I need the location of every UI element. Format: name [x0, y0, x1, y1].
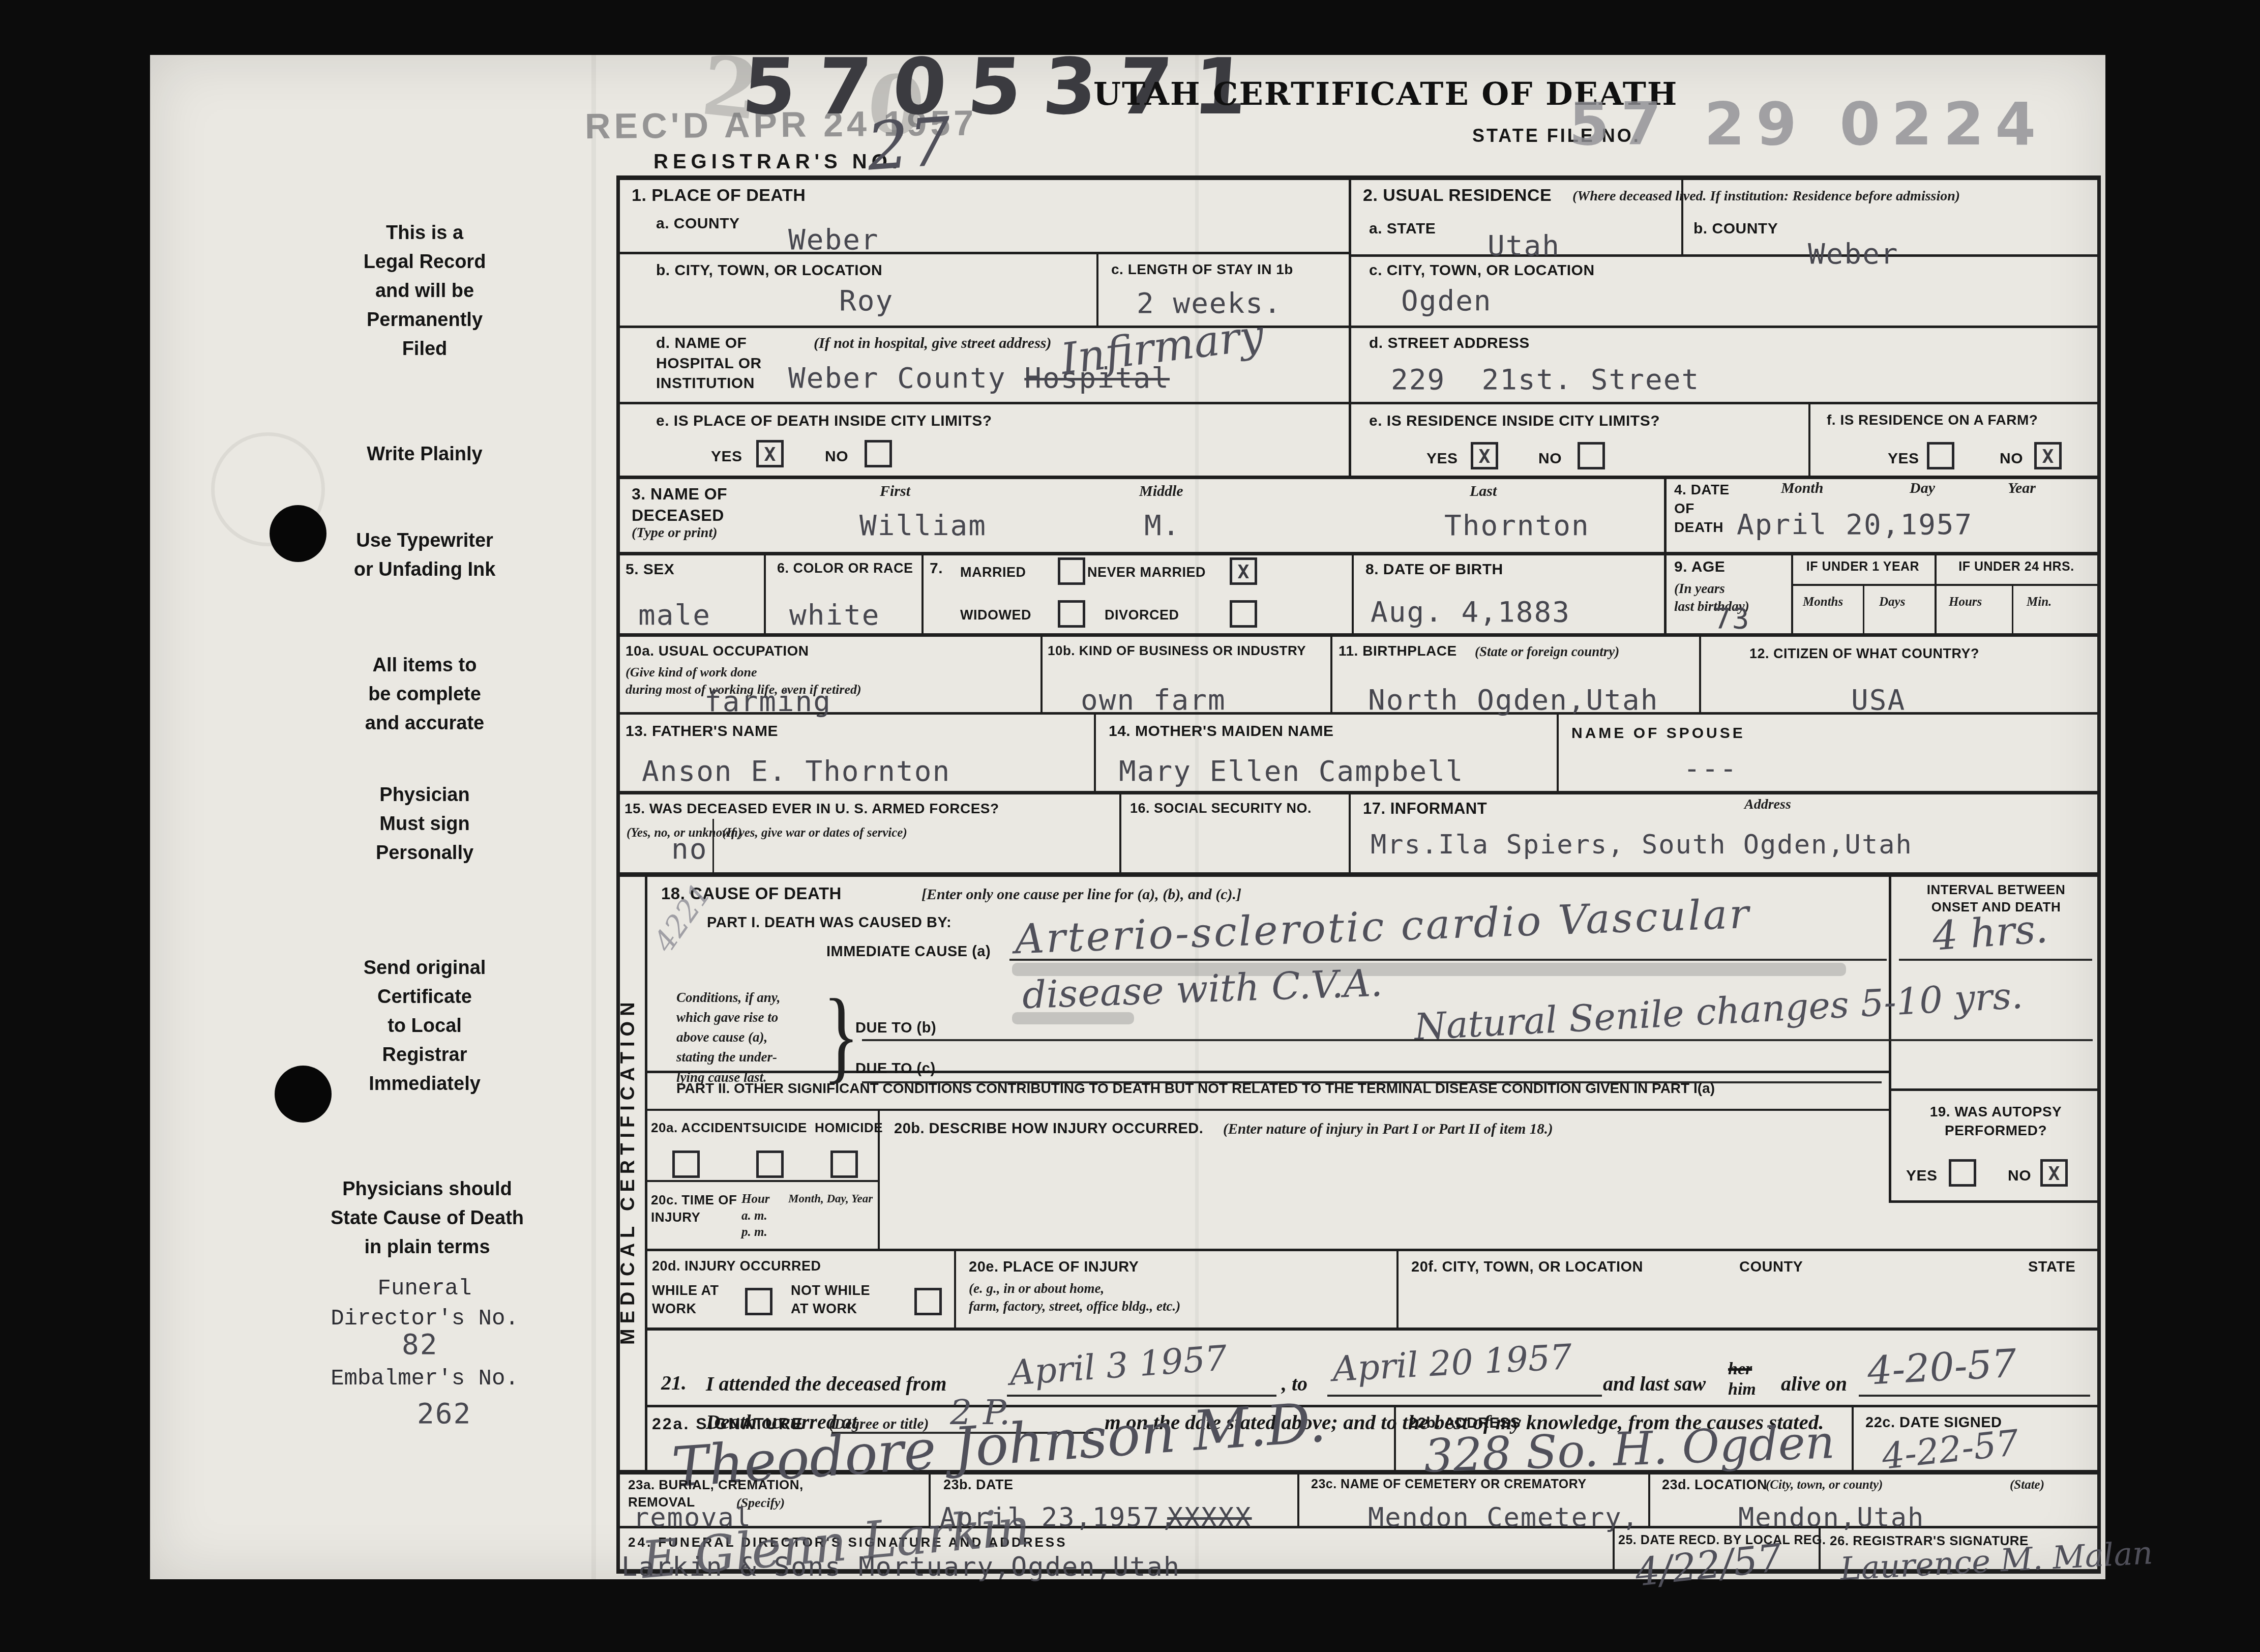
part-1-label: PART I. DEATH WAS CAUSED BY:: [707, 913, 951, 932]
residence-city-limits-label: e. IS RESIDENCE INSIDE CITY LIMITS?: [1369, 411, 1660, 431]
inside-city-limits-label: e. IS PLACE OF DEATH INSIDE CITY LIMITS?: [656, 411, 992, 431]
divider: [1396, 1249, 1399, 1327]
cemetery-location-value: Mendon,Utah: [1738, 1503, 1924, 1533]
fathers-name-value: Anson E. Thornton: [642, 755, 950, 788]
street-address-label: d. STREET ADDRESS: [1369, 333, 1530, 353]
checkbox-accident: [672, 1150, 700, 1178]
time-of-injury-label: 20c. TIME OF INJURY: [651, 1191, 737, 1226]
divider: [616, 552, 2101, 555]
attended-number: 21.: [661, 1371, 687, 1395]
margin-note-plain-terms: Physicians should State Cause of Death i…: [229, 1175, 626, 1262]
interval-handwriting: 4 hrs.: [1931, 909, 2049, 957]
state-label: a. STATE: [1369, 219, 1436, 239]
divider: [1297, 1470, 1299, 1526]
date-of-death-value: April 20,1957: [1737, 509, 1973, 541]
checkbox-place-city-limits-no: [865, 440, 892, 467]
while-at-work-label: WHILE AT WORK: [652, 1282, 719, 1318]
divider: [616, 402, 2101, 404]
describe-injury-hint: (Enter nature of injury in Part I or Par…: [1223, 1120, 1553, 1139]
him-word: him: [1728, 1379, 1756, 1400]
date-of-birth-label: 8. DATE OF BIRTH: [1365, 559, 1503, 580]
write-line: [1899, 959, 2092, 961]
birthplace-value: North Ogden,Utah: [1368, 684, 1658, 717]
divider: [616, 633, 2101, 637]
checkbox-homicide: [830, 1150, 858, 1178]
checkbox-residence-farm-yes: [1927, 442, 1954, 469]
street-address-value: 229 21st. Street: [1391, 364, 1700, 396]
cause-of-death-hint: [Enter only one cause per line for (a), …: [921, 884, 1241, 904]
alive-on-text: alive on: [1781, 1372, 1847, 1396]
date-of-birth-value: Aug. 4,1883: [1371, 596, 1570, 629]
sex-value: male: [638, 599, 711, 632]
yes-label: YES: [711, 447, 742, 467]
checkbox-widowed: [1058, 600, 1085, 628]
divider: [1791, 584, 2101, 586]
county-label: a. COUNTY: [656, 214, 740, 234]
divider: [616, 872, 2101, 877]
armed-forces-value: no: [671, 833, 707, 866]
mothers-maiden-name-label: 14. MOTHER'S MAIDEN NAME: [1109, 721, 1334, 742]
divider: [1889, 1088, 2101, 1091]
divider: [1808, 402, 1810, 476]
informant-label: 17. INFORMANT: [1363, 799, 1487, 819]
middle-name-header: Middle: [1139, 481, 1183, 501]
write-line: [1327, 1395, 1602, 1397]
cemetery-name-value: Mendon Cemetery,: [1368, 1503, 1639, 1533]
describe-injury-label: 20b. DESCRIBE HOW INJURY OCCURRED.: [894, 1119, 1203, 1138]
min-label: Min.: [2027, 594, 2051, 611]
hours-label: Hours: [1949, 594, 1982, 611]
immediate-cause-label: IMMEDIATE CAUSE (a): [826, 942, 991, 961]
state-file-no-value: 57 29 0224: [1569, 91, 2047, 159]
embalmer-no-label: Embalmer's No.: [257, 1364, 592, 1394]
time-of-injury-mdy-label: Month, Day, Year: [788, 1191, 873, 1206]
yes-label: YES: [1906, 1166, 1938, 1186]
funeral-director-no-label: Funeral Director's No.: [257, 1274, 592, 1335]
residence-city-value: Ogden: [1401, 285, 1492, 317]
autopsy-label: 19. WAS AUTOPSY PERFORMED?: [1898, 1103, 2094, 1140]
checkbox-never-married: X: [1230, 557, 1257, 585]
divider: [1040, 633, 1043, 712]
checkbox-while-at-work: [745, 1288, 772, 1315]
margin-note-use-typewriter: Use Typewriter or Unfading Ink: [257, 526, 592, 584]
divider: [645, 1180, 880, 1182]
age-label: 9. AGE: [1674, 557, 1725, 577]
margin-note-write-plainly: Write Plainly: [257, 440, 592, 469]
armed-forces-label: 15. WAS DECEASED EVER IN U. S. ARMED FOR…: [625, 800, 999, 818]
state-hint: (State): [2010, 1477, 2044, 1494]
write-line: [1859, 1395, 2090, 1397]
ink-smear: [1012, 1012, 1134, 1024]
checkbox-residence-city-limits-no: [1578, 442, 1605, 469]
mortuary-value: Larkin & Sons Mortuary,Ogden,Utah: [621, 1552, 1180, 1583]
cemetery-name-label: 23c. NAME OF CEMETERY OR CREMATORY: [1311, 1476, 1587, 1493]
brace-glyph: }: [823, 977, 859, 1095]
if-under-1-year-label: IF UNDER 1 YEAR: [1794, 558, 1931, 575]
usual-residence-label: 2. USUAL RESIDENCE: [1363, 184, 1552, 207]
never-married-label: NEVER MARRIED: [1087, 564, 1206, 582]
divider: [1094, 712, 1096, 791]
place-of-death-label: 1. PLACE OF DEATH: [632, 184, 806, 207]
armed-forces-hint2: (If yes, give war or dates of service): [722, 825, 907, 842]
divider: [1935, 552, 1937, 633]
conditions-note: Conditions, if any, which gave rise to a…: [676, 988, 781, 1087]
hospital-name-part1: Weber County: [788, 362, 1024, 395]
homicide-label: HOMICIDE: [815, 1119, 883, 1136]
yes-label: YES: [1888, 449, 1919, 469]
part-2-label: PART II. OTHER SIGNIFICANT CONDITIONS CO…: [676, 1079, 1715, 1098]
accident-label: 20a. ACCIDENT: [651, 1119, 752, 1136]
city-town-label: b. CITY, TOWN, OR LOCATION: [656, 260, 882, 281]
divider: [1863, 584, 1864, 633]
color-or-race-label: 6. COLOR OR RACE: [777, 559, 913, 578]
no-label: NO: [2000, 449, 2023, 469]
first-name-header: First: [880, 481, 910, 501]
divider: [1648, 1470, 1650, 1526]
month-header: Month: [1781, 478, 1823, 498]
divider: [1852, 1405, 1854, 1470]
suicide-label: SUICIDE: [752, 1119, 807, 1136]
divider: [1664, 552, 1667, 633]
mothers-maiden-name-value: Mary Ellen Campbell: [1119, 755, 1464, 788]
place-of-injury-label: 20e. PLACE OF INJURY: [969, 1257, 1139, 1277]
checkbox-married: [1058, 557, 1085, 585]
divider: [1352, 552, 1354, 633]
kind-of-business-label: 10b. KIND OF BUSINESS OR INDUSTRY: [1048, 642, 1306, 659]
due-to-c-label: DUE TO (c): [855, 1059, 936, 1078]
divider: [1119, 791, 1121, 872]
divider: [1330, 633, 1332, 712]
due-to-b-label: DUE TO (b): [855, 1018, 936, 1038]
margin-note-all-items: All items to be complete and accurate: [257, 651, 592, 738]
first-name-value: William: [859, 510, 987, 542]
birthplace-hint: (State or foreign country): [1475, 643, 1619, 661]
usual-occupation-value: farming: [704, 686, 831, 718]
days-label: Days: [1879, 594, 1905, 611]
her-word-struck: her: [1728, 1359, 1752, 1380]
divider: [645, 1327, 2101, 1331]
if-under-24-hrs-label: IF UNDER 24 HRS.: [1939, 558, 2094, 575]
length-of-stay-label: c. LENGTH OF STAY IN 1b: [1111, 260, 1293, 279]
burial-date-struck-text: XXXXX: [1167, 1503, 1252, 1533]
checkbox-autopsy-no: X: [2040, 1159, 2068, 1187]
margin-note-physician-sign: Physician Must sign Personally: [257, 781, 592, 868]
divider: [616, 791, 2101, 794]
date-of-death-label: 4. DATE OF DEATH: [1674, 481, 1730, 537]
registrar-no-value: 27: [865, 108, 954, 180]
place-of-injury-hint: (e. g., in or about home, farm, factory,…: [969, 1280, 1180, 1315]
divider: [1349, 254, 2101, 257]
checkbox-place-city-limits-yes: X: [756, 440, 784, 467]
hospital-name-label: d. NAME OF HOSPITAL OR INSTITUTION: [656, 333, 762, 394]
divider: [616, 476, 2101, 479]
time-of-injury-hour-labels: Hour a. m. p. m.: [741, 1191, 770, 1241]
type-or-print-hint: (Type or print): [632, 524, 718, 542]
divider: [1349, 791, 1351, 872]
checkbox-divorced: [1230, 600, 1257, 628]
medical-certification-side-label: MEDICAL CERTIFICATION: [617, 872, 645, 1470]
divider: [616, 326, 2101, 328]
widowed-label: WIDOWED: [960, 606, 1031, 625]
medical-strip-divider: [645, 872, 647, 1470]
year-header: Year: [2008, 478, 2036, 498]
last-name-header: Last: [1470, 481, 1497, 501]
burial-date-label: 23b. DATE: [943, 1476, 1014, 1494]
divider: [1664, 476, 1667, 552]
scanned-death-certificate: { "top": { "stamp": "REC'D APR 24 1957",…: [0, 0, 2260, 1652]
months-label: Months: [1803, 594, 1843, 611]
margin-note-send-original: Send original Certificate to Local Regis…: [257, 954, 592, 1099]
usual-residence-hint: (Where deceased lived. If institution: R…: [1572, 187, 1960, 205]
citizen-label: 12. CITIZEN OF WHAT COUNTRY?: [1749, 645, 1979, 663]
residence-county-label: b. COUNTY: [1693, 219, 1778, 239]
hospital-name-hint: (If not in hospital, give street address…: [814, 333, 1052, 353]
social-security-label: 16. SOCIAL SECURITY NO.: [1130, 800, 1312, 818]
registrar-no-label: REGISTRAR'S NO.: [653, 149, 902, 175]
write-line: [1009, 959, 1887, 961]
residence-on-farm-label: f. IS RESIDENCE ON A FARM?: [1827, 411, 2038, 430]
funeral-director-no-value: 82: [402, 1329, 438, 1361]
divider: [1557, 712, 1559, 791]
not-while-at-work-label: NOT WHILE AT WORK: [791, 1282, 870, 1318]
checkbox-residence-city-limits-yes: X: [1471, 442, 1498, 469]
checkbox-suicide: [756, 1150, 784, 1178]
age-value: 73: [1714, 603, 1750, 635]
informant-value: Mrs.Ila Spiers, South Ogden,Utah: [1371, 830, 1913, 861]
yes-label: YES: [1426, 449, 1458, 469]
write-line: [862, 1039, 2093, 1041]
residence-county-value: Weber: [1808, 238, 1899, 271]
divider: [616, 252, 1351, 254]
city-town-county-hint: (City, town, or county): [1766, 1477, 1883, 1494]
usual-occupation-label: 10a. USUAL OCCUPATION: [626, 642, 809, 661]
citizen-value: USA: [1851, 684, 1906, 717]
divorced-label: DIVORCED: [1105, 606, 1179, 625]
divider: [921, 552, 924, 633]
attended-text-2: and last saw: [1603, 1372, 1706, 1396]
margin-note-legal-record: This is a Legal Record and will be Perma…: [257, 219, 592, 364]
physician-address-handwriting: 328 So. H. Ogden: [1423, 1420, 1835, 1480]
divider: [2012, 584, 2013, 633]
last-name-value: Thornton: [1444, 510, 1590, 542]
married-label: MARRIED: [960, 564, 1026, 582]
checkbox-residence-farm-no: X: [2034, 442, 2062, 469]
divider: [645, 1249, 2101, 1251]
last-seen-date-handwriting: 4-20-57: [1866, 1344, 2017, 1390]
no-label: NO: [2008, 1166, 2031, 1186]
kind-of-business-value: own farm: [1081, 684, 1226, 717]
birthplace-label: 11. BIRTHPLACE: [1339, 642, 1457, 661]
state-value: Utah: [1488, 230, 1560, 262]
color-or-race-value: white: [789, 599, 880, 632]
divider: [645, 1405, 2101, 1407]
county-value: Weber: [788, 224, 879, 256]
divider: [954, 1249, 956, 1327]
no-label: NO: [825, 447, 848, 467]
interval-column-divider: [1889, 872, 1891, 1200]
residence-city-label: c. CITY, TOWN, OR LOCATION: [1369, 260, 1595, 281]
fathers-name-label: 13. FATHER'S NAME: [626, 721, 778, 742]
sex-label: 5. SEX: [626, 559, 674, 580]
attended-text-1: I attended the deceased from: [706, 1372, 946, 1396]
name-of-spouse-value: ---: [1683, 753, 1738, 785]
divider: [1791, 552, 1793, 633]
embalmer-no-value: 262: [417, 1398, 471, 1430]
checkbox-autopsy-yes: [1949, 1159, 1976, 1187]
divider: [1096, 252, 1098, 326]
name-of-deceased-label: 3. NAME OF DECEASED: [632, 483, 727, 526]
marital-status-number: 7.: [930, 558, 943, 579]
injury-county-label: COUNTY: [1739, 1257, 1803, 1277]
day-header: Day: [1910, 478, 1935, 498]
form-border-top: [616, 175, 2101, 180]
divider: [1889, 1200, 2101, 1203]
city-town-value: Roy: [839, 285, 894, 317]
divider: [764, 552, 766, 633]
injury-occurred-label: 20d. INJURY OCCURRED: [652, 1257, 821, 1276]
divider: [1699, 633, 1701, 712]
name-of-spouse-label: NAME OF SPOUSE: [1571, 723, 1745, 744]
divider: [645, 1109, 1891, 1111]
cemetery-location-label: 23d. LOCATION: [1662, 1476, 1767, 1494]
injury-state-label: STATE: [2028, 1257, 2075, 1277]
injury-city-label: 20f. CITY, TOWN, OR LOCATION: [1411, 1257, 1643, 1277]
informant-address-header: Address: [1744, 795, 1791, 814]
middle-name-value: M.: [1144, 510, 1180, 542]
no-label: NO: [1538, 449, 1562, 469]
checkbox-not-while-at-work: [914, 1288, 942, 1315]
